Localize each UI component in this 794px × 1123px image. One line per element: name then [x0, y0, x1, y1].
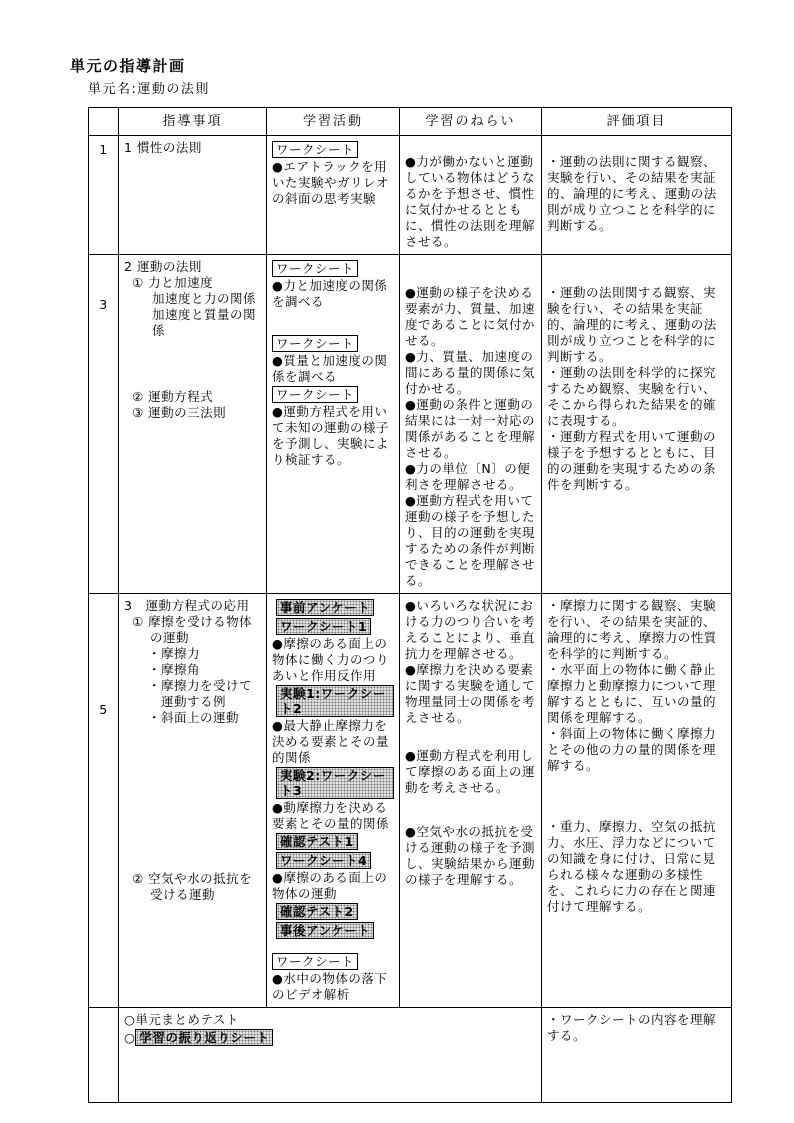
- activity-text: ●摩擦のある面上の物体の運動: [272, 870, 394, 902]
- guidance-cell-row2: 2 運動の法則 ① 力と加速度 加速度と力の関係 加速度と質量の関係 ② 運動方…: [119, 255, 267, 594]
- activity-text: ●力と加速度の関係を調べる: [272, 278, 394, 310]
- guidance-subitem: ・摩擦角: [124, 662, 261, 678]
- tag-wrap: ワークシート4: [272, 851, 394, 870]
- post-survey-tag: 事後アンケート: [276, 922, 374, 939]
- aim-cell-row1: ●力が働かないと運動している物体はどうなるかを予想させ、慣性に気付かせるとともに…: [400, 136, 542, 255]
- tag-wrap: ワークシート1: [272, 617, 394, 636]
- reflection-sheet-tag: 学習の振り返りシート: [135, 1029, 273, 1046]
- evaluation-text: ・斜面上の物体に働く摩擦力とその他の力の量的関係を理解する。: [547, 726, 726, 774]
- guidance-item: 1 慣性の法則: [124, 140, 261, 156]
- guidance-item: ① 摩擦を受ける物体の運動: [124, 614, 261, 646]
- evaluation-cell-row2: ・運動の法則関する観察、実験を行い、その結果を実証的、論理的に考え、運動の法則が…: [542, 255, 732, 594]
- check-test1-tag: 確認テスト1: [276, 833, 358, 850]
- worksheet-label: ワークシート: [272, 141, 358, 158]
- tag-wrap: 事前アンケート: [272, 598, 394, 617]
- aim-text: ●力が働かないと運動している物体はどうなるかを予想させ、慣性に気付かせるとともに…: [405, 154, 536, 250]
- guidance-item: ② 空気や水の抵抗を受ける運動: [124, 871, 261, 903]
- table-row: 5 3 運動方程式の応用 ① 摩擦を受ける物体の運動 ・摩擦力 ・摩擦角 ・摩擦…: [89, 594, 732, 1008]
- unit-name: 単元名:運動の法則: [88, 78, 794, 97]
- summary-cell: ○単元まとめテスト ○学習の振り返りシート: [119, 1008, 542, 1103]
- guidance-title: 3 運動方程式の応用: [124, 598, 261, 614]
- worksheet-label-wrap: ワークシート: [272, 259, 394, 278]
- evaluation-text: ・ワークシートの内容を理解する。: [547, 1012, 726, 1044]
- evaluation-cell-row4: ・ワークシートの内容を理解する。: [542, 1008, 732, 1103]
- aim-text: ●空気や水の抵抗を受ける運動の様子を予測し、実験結果から運動の様子を理解する。: [405, 824, 536, 888]
- document-page: 単元の指導計画 単元名:運動の法則 指導事項 学習活動 学習のねらい 評価項目 …: [0, 0, 794, 1123]
- activity-text: ●質量と加速度の関係を調べる: [272, 353, 394, 385]
- aim-text: ●力、質量、加速度の間にある量的関係に気付かせる。: [405, 349, 536, 397]
- evaluation-text: ・運動の法則に関する観察、実験を行い、その結果を実証的、論理的に考え、運動の法則…: [547, 154, 726, 234]
- circle-marker: ○: [124, 1030, 135, 1045]
- header-guidance: 指導事項: [119, 108, 267, 136]
- table-row: 1 1 慣性の法則 ワークシート ●エアトラックを用いた実験やガリレオの斜面の思…: [89, 136, 732, 255]
- guidance-item: ② 運動方程式: [124, 389, 261, 405]
- guidance-subitem: ・摩擦力を受けて運動する例: [124, 678, 261, 710]
- tag-wrap: 確認テスト2: [272, 902, 394, 921]
- evaluation-text: ・重力、摩擦力、空気の抵抗力、水圧、浮力などについての知識を身に付け、日常に見ら…: [547, 819, 726, 915]
- evaluation-text: ・運動方程式を用いて運動の様子を予想するとともに、目的の運動を実現するための条件…: [547, 429, 726, 493]
- evaluation-text: ・水平面上の物体に働く静止摩擦力と動摩擦力について理解するとともに、互いの量的関…: [547, 662, 726, 726]
- evaluation-cell-row3: ・摩擦力に関する観察、実験を行い、その結果を実証的、論理的に考え、摩擦力の性質を…: [542, 594, 732, 1008]
- aim-text: ●運動方程式を用いて運動の様子を予想したり、目的の運動を実現するための条件が判断…: [405, 493, 536, 589]
- evaluation-text: ・摩擦力に関する観察、実験を行い、その結果を実証的、論理的に考え、摩擦力の性質を…: [547, 598, 726, 662]
- activity-text: ●水中の物体の落下のビデオ解析: [272, 971, 394, 1003]
- experiment2-tag: 実験2:ワークシート3: [276, 767, 394, 799]
- hours-cell-row4: [89, 1008, 119, 1103]
- worksheet-label: ワークシート: [272, 335, 358, 352]
- header-aim: 学習のねらい: [400, 108, 542, 136]
- guidance-cell-row1: 1 慣性の法則: [119, 136, 267, 255]
- table-row: ○単元まとめテスト ○学習の振り返りシート ・ワークシートの内容を理解する。: [89, 1008, 732, 1103]
- summary-item: ○単元まとめテスト: [124, 1012, 536, 1028]
- guidance-subitem: 加速度と質量の関係: [124, 307, 261, 339]
- table-header-row: 指導事項 学習活動 学習のねらい 評価項目: [89, 108, 732, 136]
- worksheet-label: ワークシート: [272, 953, 358, 970]
- table-row: 3 2 運動の法則 ① 力と加速度 加速度と力の関係 加速度と質量の関係 ② 運…: [89, 255, 732, 594]
- guidance-title: 2 運動の法則: [124, 259, 261, 275]
- tag-wrap: 確認テスト1: [272, 832, 394, 851]
- experiment1-tag: 実験1:ワークシート2: [276, 685, 394, 717]
- header-hours: [89, 108, 119, 136]
- hours-cell-row3: 5: [89, 594, 119, 1008]
- worksheet-label: ワークシート: [272, 386, 358, 403]
- activity-text: ●運動方程式を用いて未知の運動の様子を予測し、実験により検証する。: [272, 404, 394, 468]
- tag-wrap: 事後アンケート: [272, 921, 394, 940]
- tag-wrap: 実験2:ワークシート3: [272, 766, 394, 800]
- activity-cell-row3: 事前アンケート ワークシート1 ●摩擦のある面上の物体に働く力のつりあいと作用反…: [267, 594, 400, 1008]
- activity-text: ●摩擦のある面上の物体に働く力のつりあいと作用反作用: [272, 636, 394, 684]
- worksheet-label-wrap: ワークシート: [272, 334, 394, 353]
- tag-wrap: 実験1:ワークシート2: [272, 684, 394, 718]
- pre-survey-tag: 事前アンケート: [276, 599, 374, 616]
- check-test2-tag: 確認テスト2: [276, 903, 358, 920]
- aim-text: ●力の単位〔N〕の便利さを理解させる。: [405, 461, 536, 493]
- aim-text: ●運動方程式を利用して摩擦のある面上の運動を考えさせる。: [405, 748, 536, 796]
- aim-text: ●運動の様子を決める要素が力、質量、加速度であることに気付かせる。: [405, 285, 536, 349]
- guidance-item: ① 力と加速度: [124, 275, 261, 291]
- page-title: 単元の指導計画: [70, 0, 794, 76]
- guidance-cell-row3: 3 運動方程式の応用 ① 摩擦を受ける物体の運動 ・摩擦力 ・摩擦角 ・摩擦力を…: [119, 594, 267, 1008]
- activity-text: ●動摩擦力を決める要素とその量的関係: [272, 800, 394, 832]
- worksheet-label: ワークシート: [272, 260, 358, 277]
- evaluation-cell-row1: ・運動の法則に関する観察、実験を行い、その結果を実証的、論理的に考え、運動の法則…: [542, 136, 732, 255]
- aim-cell-row2: ●運動の様子を決める要素が力、質量、加速度であることに気付かせる。 ●力、質量、…: [400, 255, 542, 594]
- activity-text: ●最大静止摩擦力を決める要素とその量的関係: [272, 718, 394, 766]
- evaluation-text: ・運動の法則を科学的に探究するため観察、実験を行い、そこから得られた結果を的確に…: [547, 365, 726, 429]
- worksheet-label-wrap: ワークシート: [272, 385, 394, 404]
- guidance-subitem: ・摩擦力: [124, 646, 261, 662]
- teaching-plan-table: 指導事項 学習活動 学習のねらい 評価項目 1 1 慣性の法則 ワークシート ●…: [88, 107, 732, 1103]
- header-activity: 学習活動: [267, 108, 400, 136]
- aim-text: ●運動の条件と運動の結果には一対一対応の関係があることを理解させる。: [405, 397, 536, 461]
- aim-text: ●いろいろな状況における力のつり合いを考えることにより、垂直抗力を理解させる。: [405, 598, 536, 662]
- worksheet4-tag: ワークシート4: [276, 852, 371, 869]
- aim-text: ●摩擦力を決める要素に関する実験を通して物理量同士の関係を考えさせる。: [405, 662, 536, 726]
- hours-cell-row1: 1: [89, 136, 119, 255]
- summary-item: ○学習の振り返りシート: [124, 1028, 536, 1047]
- worksheet-label-wrap: ワークシート: [272, 952, 394, 971]
- guidance-subitem: 加速度と力の関係: [124, 291, 261, 307]
- worksheet-label-wrap: ワークシート: [272, 140, 394, 159]
- guidance-item: ③ 運動の三法則: [124, 405, 261, 421]
- aim-cell-row3: ●いろいろな状況における力のつり合いを考えることにより、垂直抗力を理解させる。 …: [400, 594, 542, 1008]
- worksheet1-tag: ワークシート1: [276, 618, 371, 635]
- evaluation-text: ・運動の法則関する観察、実験を行い、その結果を実証的、論理的に考え、運動の法則が…: [547, 285, 726, 365]
- header-evaluation: 評価項目: [542, 108, 732, 136]
- activity-cell-row2: ワークシート ●力と加速度の関係を調べる ワークシート ●質量と加速度の関係を調…: [267, 255, 400, 594]
- hours-cell-row2: 3: [89, 255, 119, 594]
- activity-cell-row1: ワークシート ●エアトラックを用いた実験やガリレオの斜面の思考実験: [267, 136, 400, 255]
- guidance-subitem: ・斜面上の運動: [124, 710, 261, 726]
- activity-text: ●エアトラックを用いた実験やガリレオの斜面の思考実験: [272, 159, 394, 207]
